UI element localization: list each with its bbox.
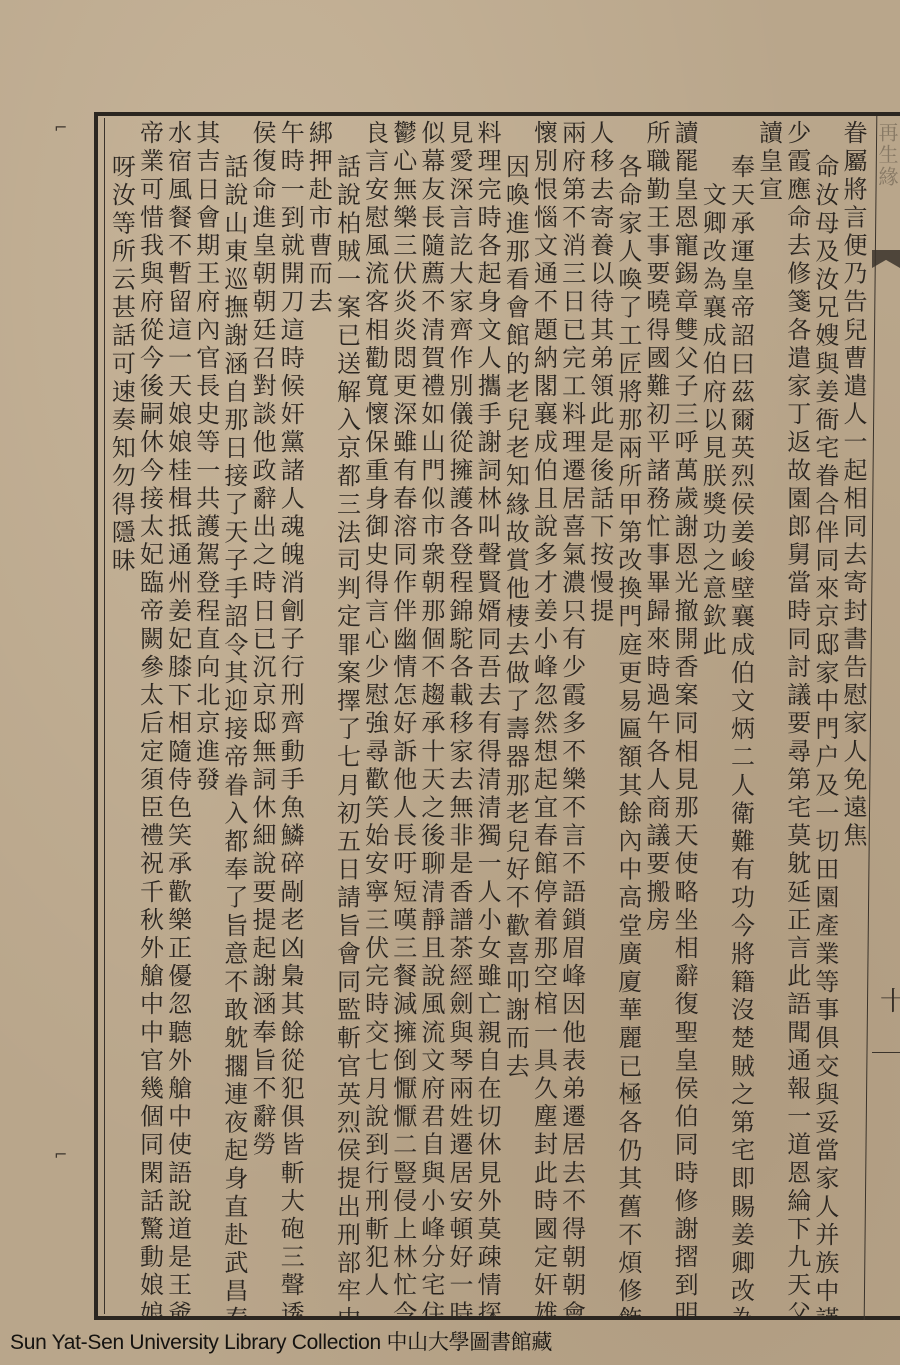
text-column: 所職勤王事要曉得國難初平諸務忙事畢歸來時過午各人商議要搬房	[643, 120, 671, 1316]
text-column: 其吉日會期王府內官長史等一共護駕登程直向北京進發	[193, 120, 221, 1316]
library-watermark: Sun Yat-Sen University Library Collectio…	[10, 1326, 552, 1356]
text-column: 文卿改為襄成伯府以見朕獎功之意欽此	[699, 120, 727, 1316]
text-column: 鬱心無樂三伏炎炎悶更深雖有春溶同作伴幽情怎好訴他人長吁短嘆三餐減擁倒懨懨二豎侵上…	[390, 120, 418, 1316]
inner-border-line	[104, 118, 105, 1314]
text-column: 帝業可惜我與府從今後嗣休今接太妃臨帝闕參太后定須臣禮祝千秋外艙中中官幾個同閑話驚…	[136, 120, 164, 1316]
text-column: 讀罷皇恩寵錫章雙父子三呼萬歲謝恩光撤開香案同相見那天使略坐相辭復聖皇侯伯同時修謝…	[671, 120, 699, 1316]
text-column: 午時一到就開刀這時候奸黨諸人魂魄消劊子行刑齊動手魚鱗碎剮老凶梟其餘從犯俱皆斬大砲…	[277, 120, 305, 1316]
text-column: 料理完時各起身文人攜手謝詞林叫聲賢婿同吾去有得清清獨一人小女雖亡親自在切休見外莫…	[474, 120, 502, 1316]
text-column: 呀汝等所云甚話可速奏知勿得隱昧	[108, 120, 136, 1316]
vertical-text-body: 眷屬將言便乃告兒曹遣人一起相同去寄封書告慰家人免遠焦 命汝母及汝兄嫂與姜衙宅眷合…	[108, 120, 868, 1316]
text-column: 水宿風餐不暫留這一天娘娘桂楫抵通州姜妃膝下相隨侍色笑承歡樂正優忽聽外艙中使語說道…	[164, 120, 192, 1316]
text-column: 讀皇宣	[755, 120, 783, 1316]
book-page: ⌐ ⌐ 再生緣 十 眷屬將言便乃告兒曹遣人一起相同去寄封書告慰家人免遠焦 命汝母…	[0, 0, 900, 1365]
text-column: 綁押赴市曹而去	[305, 120, 333, 1316]
text-column: 話說柏賊一案已送解入京都三法司判定罪案擇了七月初五日請旨會同監斬官英烈侯提出刑部…	[333, 120, 361, 1316]
text-column: 少霞應命去修箋各遣家丁返故園郎舅當時同討議要尋第宅莫躭延正言此語聞通報一道恩綸下…	[784, 120, 812, 1316]
page-number: 十	[880, 992, 900, 1012]
margin-rule	[872, 1052, 900, 1053]
text-column: 命汝母及汝兄嫂與姜衙宅眷合伴同來京邸家中門户及一切田園產業等事俱交與妥當家人并族…	[812, 120, 840, 1316]
text-column: 懷別恨惱文通不題納閣襄成伯且說多才姜小峰忽然想起宜春館停着那空棺一具久塵封此時國…	[530, 120, 558, 1316]
text-column: 眷屬將言便乃告兒曹遣人一起相同去寄封書告慰家人免遠焦	[840, 120, 868, 1316]
text-column: 侯復命進皇朝朝廷召對談他政辭出之時日已沉京邸無詞休細說要提起謝涵奉旨不辭勞	[249, 120, 277, 1316]
text-column: 奉天承運皇帝詔曰茲爾英烈侯姜峻壁襄成伯文炳二人衛難有功今將籍沒楚賊之第宅即賜姜卿…	[727, 120, 755, 1316]
text-column: 見愛深言訖大家齊作別儀從擁護各登程錦駝各載移家去無非是香譜茶經劍與琴兩姓遷居安頓…	[446, 120, 474, 1316]
binding-hole-mark: ⌐	[54, 118, 67, 137]
text-column: 話說山東巡撫謝涵自那日接了天子手詔令其迎接帝眷入都奉了旨意不敢躭擱連夜起身直赴武…	[221, 120, 249, 1316]
text-column: 各命家人喚了工匠將那兩所甲第改換門庭更易匾額其餘內中高堂廣廈華麗已極各仍其舊不煩…	[615, 120, 643, 1316]
margin-title: 再生緣	[874, 122, 900, 188]
text-column: 似幕友長隨薦不清賀禮如山門似市衆朝那個不趨承十天之後聊清靜且說風流文府君自與小峰…	[418, 120, 446, 1316]
text-column: 兩府第不消三日已完工料理遷居喜氣濃只有少霞多不樂不言不語鎖眉峰因他表弟遷居去不得…	[558, 120, 586, 1316]
text-column: 因喚進那看會館的老兒老知緣故賞他棲去做了壽器那老兒好不歡喜叩謝而去	[502, 120, 530, 1316]
text-column: 人移去寄養以待其弟領此是後話下按慢提	[587, 120, 615, 1316]
binding-hole-mark: ⌐	[54, 1145, 67, 1164]
text-column: 良言安慰風流客相勸寬懷保重身御史得言心少慰強尋歡笑始安寧三伏完時交七月說到行刑斬…	[361, 120, 389, 1316]
